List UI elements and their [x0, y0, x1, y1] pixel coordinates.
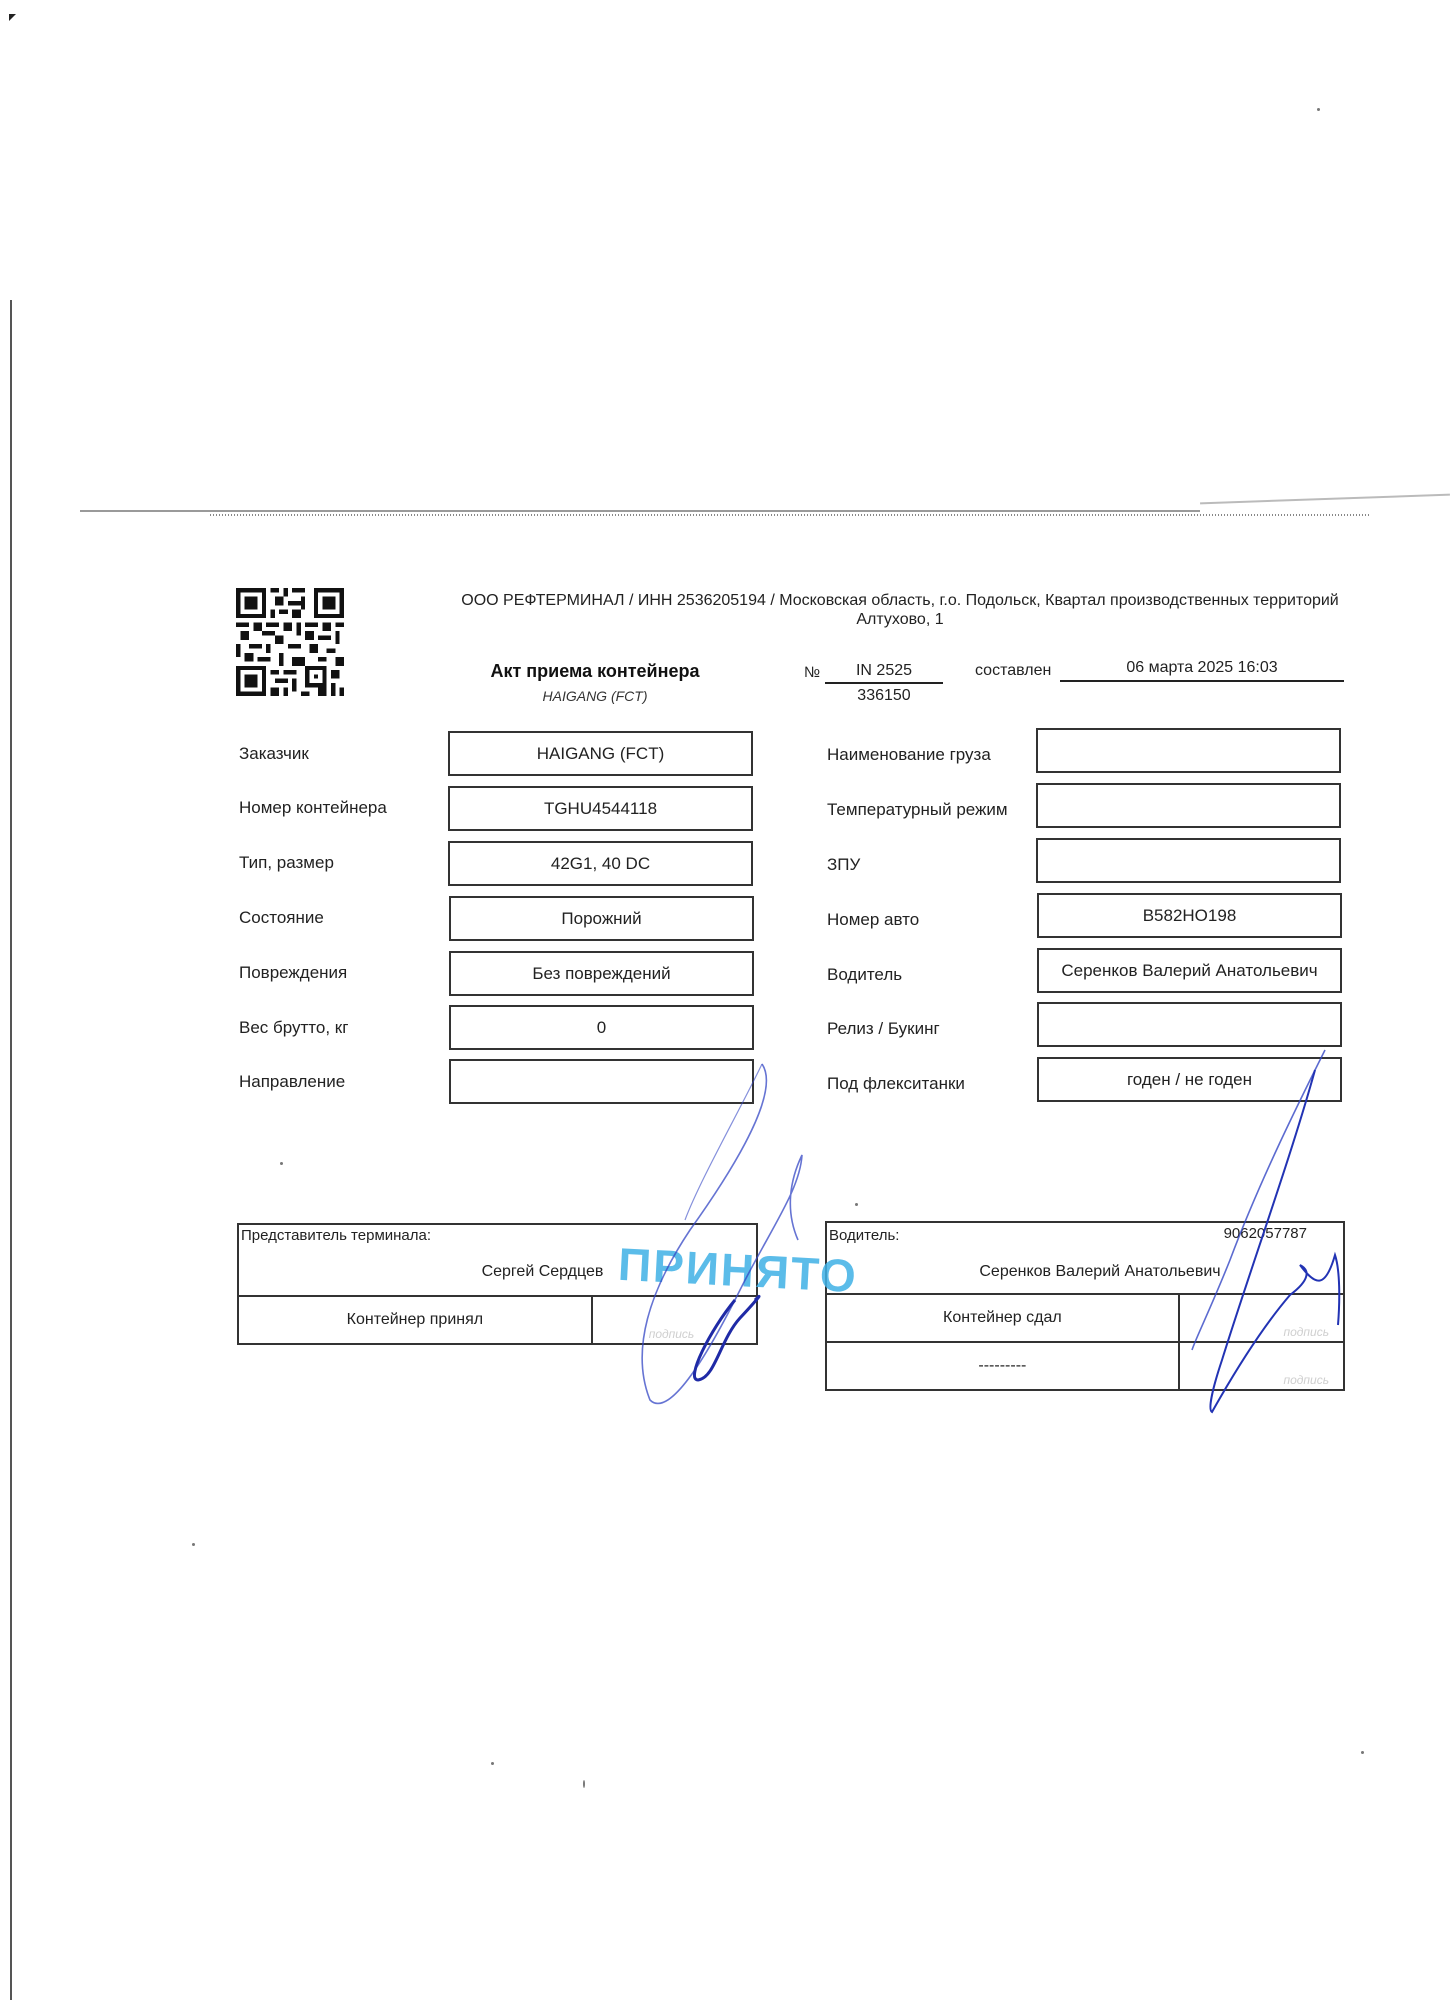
field-value-type-size: 42G1, 40 DC	[448, 841, 753, 886]
field-label-gross-weight: Вес брутто, кг	[239, 1018, 348, 1038]
fold-line	[80, 510, 1200, 512]
field-label-type-size: Тип, размер	[239, 853, 334, 873]
field-label-driver: Водитель	[827, 965, 902, 985]
driver-second-row-value: ---------	[826, 1342, 1179, 1390]
driver-heading: Водитель:	[829, 1227, 899, 1244]
number-sign: №	[804, 664, 820, 681]
scan-speck	[280, 1162, 283, 1165]
terminal-signature-placeholder: подпись	[649, 1327, 742, 1341]
organization-header: ООО РЕФТЕРМИНАЛ / ИНН 2536205194 / Моско…	[440, 591, 1360, 629]
scan-speck	[192, 1543, 195, 1546]
field-label-damages: Повреждения	[239, 963, 347, 983]
field-label-release-booking: Релиз / Букинг	[827, 1019, 940, 1039]
field-value-condition: Порожний	[449, 896, 754, 941]
field-value-release-booking	[1037, 1002, 1342, 1047]
field-value-cargo-name	[1036, 728, 1341, 773]
organization-line-2: Алтухово, 1	[440, 610, 1360, 629]
container-handed-over-label: Контейнер сдал	[826, 1294, 1179, 1342]
field-label-customer: Заказчик	[239, 744, 309, 764]
composed-date: 06 марта 2025 16:03	[1060, 659, 1344, 682]
scan-speck	[1361, 1751, 1364, 1754]
document-number-secondary: 336150	[825, 687, 943, 705]
scan-speck	[583, 1780, 585, 1788]
field-value-temperature	[1036, 783, 1341, 828]
driver-signature-placeholder-1: подпись	[1284, 1325, 1330, 1339]
field-value-direction	[449, 1059, 754, 1104]
field-label-seal: ЗПУ	[827, 855, 860, 875]
driver-block: Водитель: 9062057787 Серенков Валерий Ан…	[825, 1221, 1345, 1391]
document-title: Акт приема контейнера	[440, 661, 750, 682]
field-value-gross-weight: 0	[449, 1005, 754, 1050]
driver-cell: Водитель: 9062057787 Серенков Валерий Ан…	[826, 1222, 1344, 1294]
document-subtitle: HAIGANG (FCT)	[440, 688, 750, 704]
scan-corner-mark	[9, 14, 16, 21]
driver-signature-placeholder-2: подпись	[1284, 1373, 1330, 1387]
scan-speck	[491, 1762, 494, 1765]
field-value-flexitank: годен / не годен	[1037, 1057, 1342, 1102]
field-value-container-number: TGHU4544118	[448, 786, 753, 831]
field-label-vehicle-number: Номер авто	[827, 910, 919, 930]
terminal-representative-heading: Представитель терминала:	[241, 1227, 431, 1244]
field-label-temperature: Температурный режим	[827, 800, 1008, 820]
field-value-customer: HAIGANG (FCT)	[448, 731, 753, 776]
document-number: IN 2525	[825, 662, 943, 684]
field-value-damages: Без повреждений	[449, 951, 754, 996]
composed-label: составлен	[975, 662, 1051, 680]
scan-speck	[1317, 108, 1320, 111]
field-label-direction: Направление	[239, 1072, 345, 1092]
terminal-signature-cell: подпись	[592, 1296, 757, 1344]
perforation-line	[210, 514, 1370, 516]
fold-line-tail	[1200, 494, 1450, 505]
scan-edge	[10, 300, 12, 2000]
field-label-flexitank: Под флекситанки	[827, 1074, 965, 1094]
field-label-cargo-name: Наименование груза	[827, 745, 991, 765]
driver-signature-cell-2: подпись	[1179, 1342, 1344, 1390]
qr-code	[236, 588, 344, 696]
field-value-seal	[1036, 838, 1341, 883]
organization-line-1: ООО РЕФТЕРМИНАЛ / ИНН 2536205194 / Моско…	[440, 591, 1360, 610]
container-accepted-label: Контейнер принял	[238, 1296, 592, 1344]
field-label-container-number: Номер контейнера	[239, 798, 387, 818]
field-value-driver: Серенков Валерий Анатольевич	[1037, 948, 1342, 993]
scan-speck	[855, 1203, 858, 1206]
driver-name: Серенков Валерий Анатольевич	[827, 1263, 1343, 1281]
field-label-condition: Состояние	[239, 908, 324, 928]
field-value-vehicle-number: В582НО198	[1037, 893, 1342, 938]
driver-phone: 9062057787	[1224, 1225, 1307, 1242]
driver-signature-cell-1: подпись	[1179, 1294, 1344, 1342]
